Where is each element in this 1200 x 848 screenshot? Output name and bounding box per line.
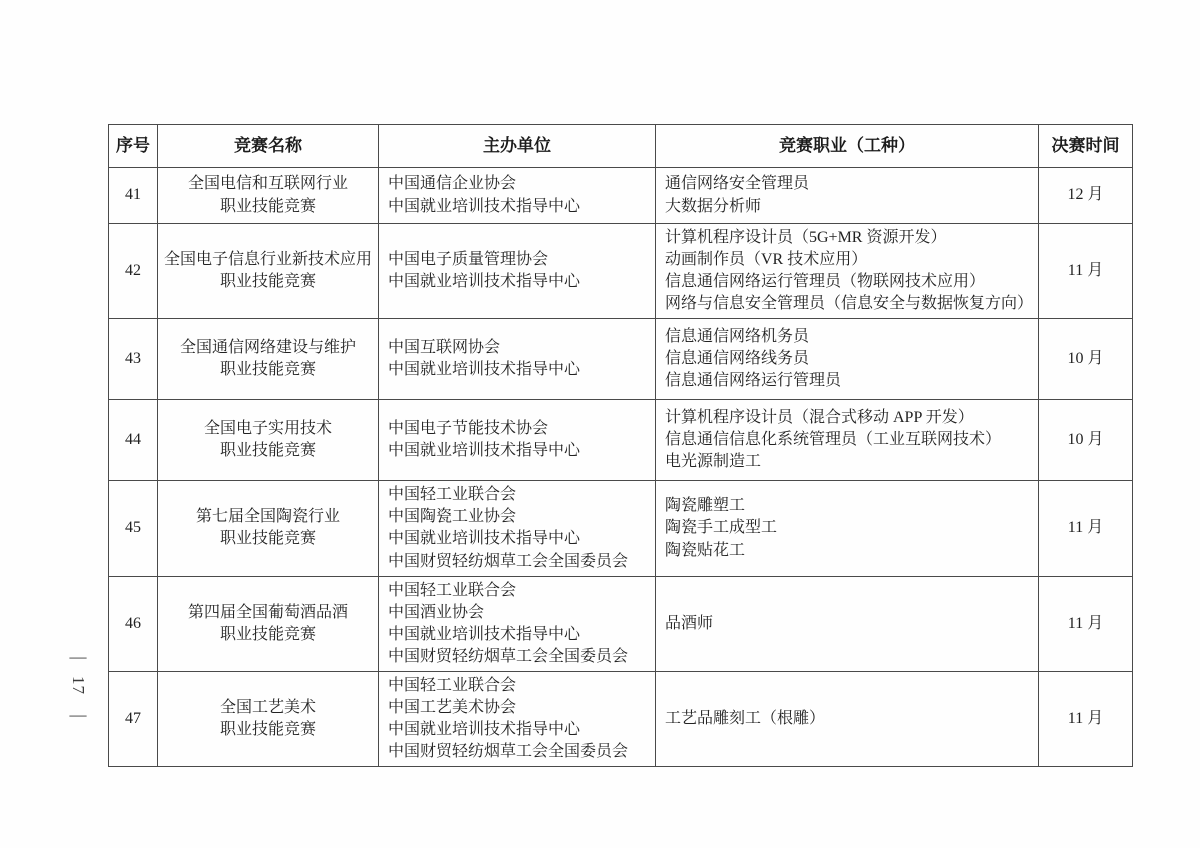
cell-organizer: 中国电子节能技术协会 中国就业培训技术指导中心 — [379, 400, 656, 481]
cell-competition-name: 第七届全国陶瓷行业 职业技能竞赛 — [158, 481, 379, 576]
cell-competition-name: 全国电子信息行业新技术应用 职业技能竞赛 — [158, 224, 379, 319]
header-competition-name: 竞赛名称 — [158, 125, 379, 168]
page-number-value: 17 — [70, 676, 87, 695]
cell-final-time: 11 月 — [1039, 224, 1133, 319]
competition-table: 序号 竞赛名称 主办单位 竞赛职业（工种） 决赛时间 41 全国电信和互联网行业… — [108, 124, 1133, 767]
cell-organizer: 中国轻工业联合会 中国陶瓷工业协会 中国就业培训技术指导中心 中国财贸轻纺烟草工… — [379, 481, 656, 576]
cell-competition-name: 全国电子实用技术 职业技能竞赛 — [158, 400, 379, 481]
cell-final-time: 10 月 — [1039, 400, 1133, 481]
cell-final-time: 11 月 — [1039, 576, 1133, 671]
cell-organizer: 中国电子质量管理协会 中国就业培训技术指导中心 — [379, 224, 656, 319]
table-row: 44 全国电子实用技术 职业技能竞赛 中国电子节能技术协会 中国就业培训技术指导… — [109, 400, 1133, 481]
cell-occupations: 计算机程序设计员（混合式移动 APP 开发） 信息通信信息化系统管理员（工业互联… — [656, 400, 1039, 481]
table-row: 42 全国电子信息行业新技术应用 职业技能竞赛 中国电子质量管理协会 中国就业培… — [109, 224, 1133, 319]
cell-occupations: 通信网络安全管理员 大数据分析师 — [656, 168, 1039, 224]
cell-final-time: 11 月 — [1039, 671, 1133, 766]
cell-serial-number: 46 — [109, 576, 158, 671]
table-row: 45 第七届全国陶瓷行业 职业技能竞赛 中国轻工业联合会 中国陶瓷工业协会 中国… — [109, 481, 1133, 576]
cell-serial-number: 42 — [109, 224, 158, 319]
table-row: 47 全国工艺美术 职业技能竞赛 中国轻工业联合会 中国工艺美术协会 中国就业培… — [109, 671, 1133, 766]
cell-occupations: 信息通信网络机务员 信息通信网络线务员 信息通信网络运行管理员 — [656, 319, 1039, 400]
page-number: — 17 — — [58, 648, 98, 723]
header-final-time: 决赛时间 — [1039, 125, 1133, 168]
cell-organizer: 中国互联网协会 中国就业培训技术指导中心 — [379, 319, 656, 400]
cell-serial-number: 44 — [109, 400, 158, 481]
cell-organizer: 中国通信企业协会 中国就业培训技术指导中心 — [379, 168, 656, 224]
cell-final-time: 10 月 — [1039, 319, 1133, 400]
cell-serial-number: 43 — [109, 319, 158, 400]
header-organizer: 主办单位 — [379, 125, 656, 168]
cell-occupations: 计算机程序设计员（5G+MR 资源开发） 动画制作员（VR 技术应用） 信息通信… — [656, 224, 1039, 319]
cell-serial-number: 41 — [109, 168, 158, 224]
table-row: 43 全国通信网络建设与维护 职业技能竞赛 中国互联网协会 中国就业培训技术指导… — [109, 319, 1133, 400]
cell-serial-number: 45 — [109, 481, 158, 576]
page-number-dash-bottom: — — [70, 706, 87, 723]
cell-final-time: 12 月 — [1039, 168, 1133, 224]
table-row: 41 全国电信和互联网行业 职业技能竞赛 中国通信企业协会 中国就业培训技术指导… — [109, 168, 1133, 224]
page-number-dash-top: — — [70, 648, 87, 665]
cell-occupations: 品酒师 — [656, 576, 1039, 671]
scanned-document-page: — 17 — 序号 竞赛名称 主办单位 竞赛职业（工种） 决赛时间 41 全国电… — [0, 0, 1200, 848]
cell-competition-name: 全国工艺美术 职业技能竞赛 — [158, 671, 379, 766]
cell-serial-number: 47 — [109, 671, 158, 766]
cell-competition-name: 全国电信和互联网行业 职业技能竞赛 — [158, 168, 379, 224]
cell-occupations: 工艺品雕刻工（根雕） — [656, 671, 1039, 766]
header-occupation: 竞赛职业（工种） — [656, 125, 1039, 168]
cell-final-time: 11 月 — [1039, 481, 1133, 576]
table-header-row: 序号 竞赛名称 主办单位 竞赛职业（工种） 决赛时间 — [109, 125, 1133, 168]
header-serial-number: 序号 — [109, 125, 158, 168]
cell-competition-name: 全国通信网络建设与维护 职业技能竞赛 — [158, 319, 379, 400]
cell-competition-name: 第四届全国葡萄酒品酒 职业技能竞赛 — [158, 576, 379, 671]
table-row: 46 第四届全国葡萄酒品酒 职业技能竞赛 中国轻工业联合会 中国酒业协会 中国就… — [109, 576, 1133, 671]
cell-organizer: 中国轻工业联合会 中国酒业协会 中国就业培训技术指导中心 中国财贸轻纺烟草工会全… — [379, 576, 656, 671]
cell-organizer: 中国轻工业联合会 中国工艺美术协会 中国就业培训技术指导中心 中国财贸轻纺烟草工… — [379, 671, 656, 766]
cell-occupations: 陶瓷雕塑工 陶瓷手工成型工 陶瓷贴花工 — [656, 481, 1039, 576]
